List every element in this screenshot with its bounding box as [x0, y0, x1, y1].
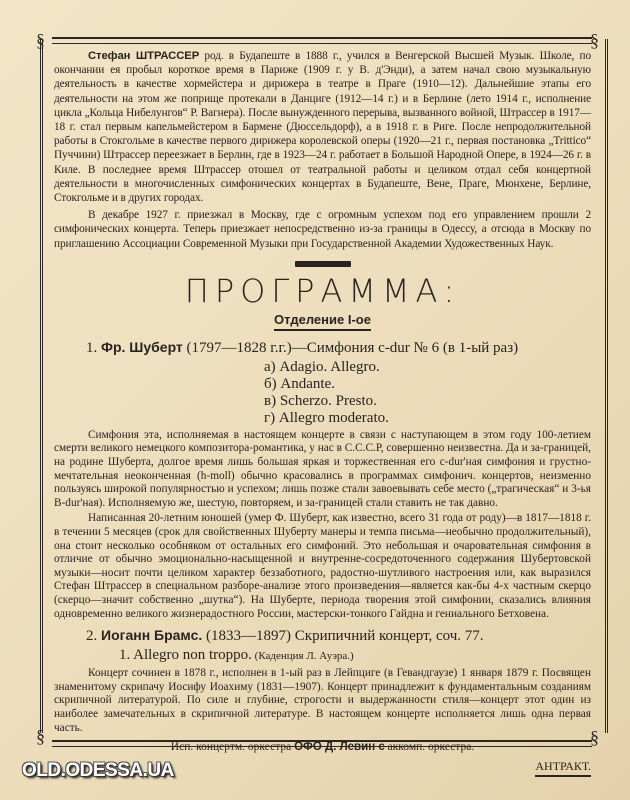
cadenza-note: (Каденция Л. Ауэра.): [252, 650, 354, 662]
piece-1-note-2: Написанная 20-летним юношей (умер Ф. Шуб…: [54, 512, 591, 621]
piece-details: (1797—1828 г.г.)—Симфония c-dur № 6 (в 1…: [183, 340, 518, 356]
movement-item: б) Andante.: [264, 376, 591, 393]
movement-list: а) Adagio. Allegro. б) Andante. в) Scher…: [54, 359, 591, 427]
composer-name: Иоганн Брамс.: [101, 627, 202, 643]
composer-name: Фр. Шуберт: [101, 339, 183, 355]
movement-item: 1. Allegro non troppo. (Каденция Л. Ауэр…: [54, 647, 591, 665]
program-content: Стефан ШТРАССЕР род. в Будапеште в 1888 …: [54, 49, 591, 777]
movement-title: 1. Allegro non troppo.: [119, 647, 252, 663]
program-title: ПРОГРАММА:: [54, 273, 591, 309]
corner-flourish-icon: §: [590, 728, 599, 746]
corner-flourish-icon: §: [36, 727, 45, 745]
section-heading: Отделение I-ое: [54, 311, 591, 331]
piece-2-note: Концерт сочинен в 1878 г., исполнен в 1-…: [54, 667, 591, 735]
intermission-text: АНТРАКТ.: [535, 759, 591, 777]
piece-details: (1833—1897) Скрипичний концерт, соч. 77.: [202, 628, 483, 644]
bio-paragraph-1: Стефан ШТРАССЕР род. в Будапеште в 1888 …: [54, 49, 591, 205]
piece-1-note-1: Симфония эта, исполняемая в настоящем ко…: [54, 429, 591, 511]
program-item-2: 2. Иоганн Брамс. (1833—1897) Скрипичний …: [54, 626, 591, 645]
section-heading-text: Отделение I-ое: [274, 312, 371, 331]
movement-item: а) Adagio. Allegro.: [264, 359, 591, 376]
corner-flourish-icon: §: [36, 31, 45, 49]
watermark: OLD.ODESSA.UA: [22, 760, 174, 782]
program-item-1: 1. Фр. Шуберт (1797—1828 г.г.)—Симфония …: [54, 338, 591, 357]
performer-prefix: Исп. концертм. оркестра: [171, 741, 294, 753]
ornament-divider: [295, 261, 351, 267]
bio-text: род. в Будапеште в 1888 г., учился в Вен…: [54, 50, 591, 204]
movement-item: в) Scherzo. Presto.: [264, 393, 591, 410]
item-number: 2.: [86, 628, 97, 644]
corner-flourish-icon: §: [590, 31, 599, 49]
conductor-name: Стефан ШТРАССЕР: [88, 50, 199, 62]
performer-suffix: аккомп. оркестра.: [385, 741, 474, 753]
bio-paragraph-2: В декабре 1927 г. приезжал в Москву, где…: [54, 208, 591, 251]
performer-name: ОФО Д. Левин с: [294, 741, 385, 753]
movement-item: г) Allegro moderato.: [264, 410, 591, 427]
border-top-rule: [52, 37, 592, 44]
item-number: 1.: [86, 340, 97, 356]
performer-line: Исп. концертм. оркестра ОФО Д. Левин с а…: [54, 741, 591, 753]
